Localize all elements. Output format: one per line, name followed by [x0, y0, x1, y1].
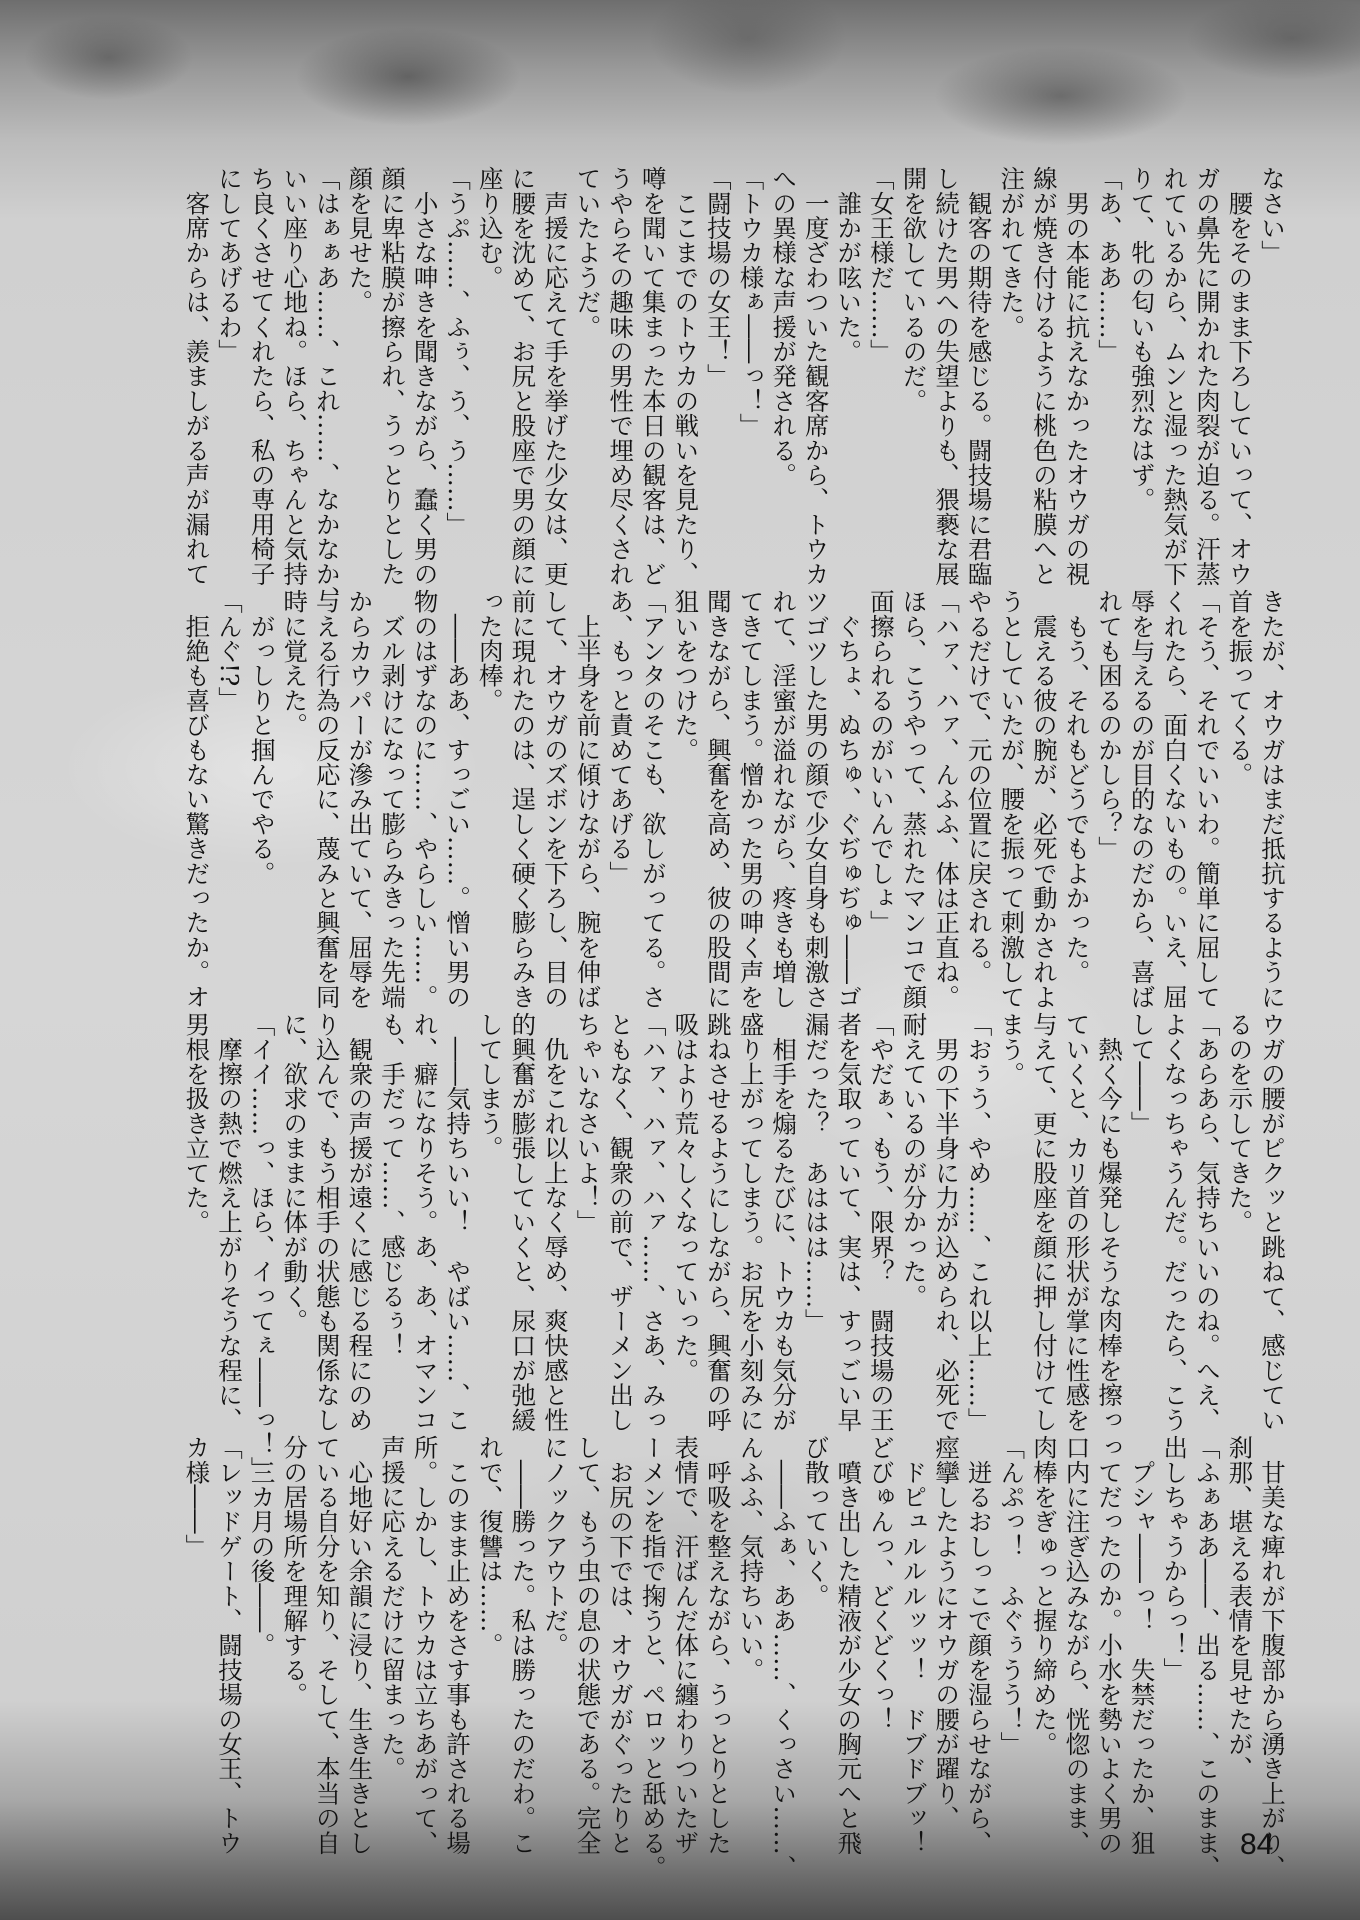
text-line: 漏だった？ あははは……」 [799, 1012, 832, 1412]
text-line: カ様――」 [180, 1435, 213, 1835]
text-line: もう、それもどうでもよかった。 [1060, 589, 1093, 989]
text-line: ちゃいなさいよ！」 [571, 1012, 604, 1412]
text-line: 跳ねさせるようにしながら、興奮の呼 [701, 1012, 734, 1412]
text-line: 声援に応えて手を挙げた少女は、更 [538, 166, 571, 566]
text-line: 与える行為の反応に、蔑みと興奮を同 [310, 589, 343, 989]
text-line: れで、復讐は……。 [473, 1435, 506, 1835]
text-line: 吸はより荒々しくなっていった。 [669, 1012, 702, 1412]
text-line: うやらその趣味の男性で埋め尽くされ [604, 166, 637, 566]
text-line: 「トウカ様ぁ――っ！」 [734, 166, 767, 566]
text-line: 観衆の声援が遠くに感じる程にのめ [343, 1012, 376, 1412]
text-line: り込んで、もう相手の状態も関係なし [310, 1012, 343, 1412]
text-line: 熱く今にも爆発しそうな肉棒を擦っ [1092, 1012, 1125, 1412]
text-line: 時に覚えた。 [278, 589, 311, 989]
text-line: 「レッドゲート、闘技場の女王、トウ [212, 1435, 245, 1835]
text-line: 「女王様だ……」 [864, 166, 897, 566]
text-line: 顔を見せた。 [343, 166, 376, 566]
text-line: 口内に注ぎ込みながら、恍惚のまま、 [1060, 1435, 1093, 1835]
text-line: 仇をこれ以上なく辱め、爽快感と性 [538, 1012, 571, 1412]
text-line: 客席からは、羨ましがる声が漏れて [180, 166, 213, 566]
text-line: 拒絶も喜びもない驚きだったか。オ [180, 589, 213, 989]
text-line: に、欲求のままに体が動く。 [278, 1012, 311, 1412]
text-line: ――ああ、すっごい……。憎い男の [441, 589, 474, 989]
text-tier-2: きたが、オウガはまだ抵抗するように首を振ってくる。「そう、それでいいわ。簡単に屈… [178, 589, 1288, 989]
text-line: び散っていく。 [799, 1435, 832, 1835]
text-line: 甘美な痺れが下腹部から湧き上がり、 [1255, 1435, 1288, 1835]
text-line: れて、淫蜜が溢れながら、疼きも増し [767, 589, 800, 989]
text-line: 表情で、汗ばんだ体に纏わりついたザ [669, 1435, 702, 1835]
text-line: して、オウガのズボンを下ろし、目の [538, 589, 571, 989]
text-line: 狙いをつけた。 [669, 589, 702, 989]
text-line: 「アンタのそこも、欲しがってる。さ [636, 589, 669, 989]
text-line: よくなっちゃうんだ。だったら、こう [1158, 1012, 1191, 1412]
text-line: れ、癖になりそう。あ、あ、オマンコ [408, 1012, 441, 1412]
text-line: れても困るのかしら？」 [1092, 589, 1125, 989]
text-line: して――」 [1125, 1012, 1158, 1412]
text-line: 誰かが呟いた。 [832, 166, 865, 566]
text-line: 「あらあら、気持ちいいのね。へえ、 [1190, 1012, 1223, 1412]
text-line: 盛り上がってしまう。お尻を小刻みに [734, 1012, 767, 1412]
text-line: くれたら、面白くないもの。いえ、屈 [1158, 589, 1191, 989]
book-page: なさい」 腰をそのまま下ろしていって、オウガの鼻先に開かれた肉裂が迫る。汗蒸れて… [0, 0, 1360, 1920]
text-line: 注がれてきた。 [995, 166, 1028, 566]
text-line: にしてあげるわ」 [212, 166, 245, 566]
text-line: 出しちゃうからっ！」 [1158, 1435, 1191, 1835]
text-line: ガの鼻先に開かれた肉裂が迫る。汗蒸 [1190, 166, 1223, 566]
text-line: 腰をそのまま下ろしていって、オウ [1223, 166, 1256, 566]
text-line: 所。しかし、トウカは立ちあがって、 [408, 1435, 441, 1835]
text-line: ていくと、カリ首の形状が掌に性感を [1060, 1012, 1093, 1412]
text-line: 男根を扱き立てた。 [180, 1012, 213, 1412]
text-line: ズル剥けになって膨らみきった先端 [375, 589, 408, 989]
text-line: 前に現れたのは、逞しく硬く膨らみき [506, 589, 539, 989]
text-line: 座り込む。 [473, 166, 506, 566]
text-line: して、もう虫の息の状態である。完全 [571, 1435, 604, 1835]
text-line: ってだったのか。小水を勢いよく男の [1092, 1435, 1125, 1835]
text-line: ともなく、観衆の前で、ザーメン出し [604, 1012, 637, 1412]
text-line: りて、牝の匂いも強烈なはず。 [1125, 166, 1158, 566]
text-line: 痙攣したようにオウガの腰が躍り、 [929, 1435, 962, 1835]
text-line: 耐えているのが分かった。 [897, 1012, 930, 1412]
text-tier-1: なさい」 腰をそのまま下ろしていって、オウガの鼻先に開かれた肉裂が迫る。汗蒸れて… [178, 166, 1288, 566]
text-line: 迸るおしっこで顔を湿らせながら、 [962, 1435, 995, 1835]
text-line: 噂を聞いて集まった本日の観客は、ど [636, 166, 669, 566]
text-line: 「んぷっ！ ふぐぅうう！」 [995, 1435, 1028, 1835]
text-line: も、手だって……、感じるぅ！ [375, 1012, 408, 1412]
text-line: うとしていたが、腰を振って刺激して [995, 589, 1028, 989]
text-line: ――気持ちいい！ やばい……、こ [441, 1012, 474, 1412]
text-line: 分の居場所を理解する。 [278, 1435, 311, 1835]
text-line: 刹那、堪える表情を見せたが、 [1223, 1435, 1256, 1835]
text-line: 「うぷ……、ふぅ、う、う……」 [441, 166, 474, 566]
text-line: ち良くさせてくれたら、私の専用椅子 [245, 166, 278, 566]
text-line: ていたようだ。 [571, 166, 604, 566]
text-line: 小さな呻きを聞きながら、蠢く男の [408, 166, 441, 566]
text-line: ここまでのトウカの戦いを見たり、 [669, 166, 702, 566]
text-line: プシャ――っ！ 失禁だったか、狙 [1125, 1435, 1158, 1835]
text-line: 「やだぁ、もう、限界？ 闘技場の王 [864, 1012, 897, 1412]
text-line: 聞きながら、興奮を高め、彼の股間に [701, 589, 734, 989]
text-line: 一度ざわついた観客席から、トウカ [799, 166, 832, 566]
text-line: 観客の期待を感じる。闘技場に君臨 [962, 166, 995, 566]
text-line: ――勝った。私は勝ったのだわ。こ [506, 1435, 539, 1835]
text-line: 摩擦の熱で燃え上がりそうな程に、 [212, 1012, 245, 1412]
text-line: 辱を与えるのが目的なのだから、喜ば [1125, 589, 1158, 989]
text-line: からカウパーが滲み出ていて、屈辱を [343, 589, 376, 989]
text-line: 心地好い余韻に浸り、生き生きとし [343, 1435, 376, 1835]
text-line: るのを示してきた。 [1223, 1012, 1256, 1412]
text-line: ている自分を知り、そして、本当の自 [310, 1435, 343, 1835]
text-line: 「んぐ!?」 [212, 589, 245, 989]
text-line: し続けた男への失望よりも、猥褻な展 [929, 166, 962, 566]
text-line: ウガの腰がピクッと跳ねて、感じてい [1255, 1012, 1288, 1412]
text-line: 声援に応えるだけに留まった。 [375, 1435, 408, 1835]
text-line: ――ふぁ、ああ……、くっさい……、 [767, 1435, 800, 1835]
text-line: 開を欲しているのだ。 [897, 166, 930, 566]
text-line: 「闘技場の女王！」 [701, 166, 734, 566]
text-line: やるだけで、元の位置に戻される。 [962, 589, 995, 989]
text-line: きたが、オウガはまだ抵抗するように [1255, 589, 1288, 989]
text-line: 相手を煽るたびに、トウカも気分が [767, 1012, 800, 1412]
text-line: 「ハァ、ハァ、んふふ、体は正直ね。 [929, 589, 962, 989]
text-line: 三カ月の後――。 [245, 1435, 278, 1835]
text-line: どびゅんっ、どくどくっ！ [864, 1435, 897, 1835]
text-tier-3: ウガの腰がピクッと跳ねて、感じているのを示してきた。「あらあら、気持ちいいのね。… [178, 1012, 1288, 1412]
text-line: にノックアウトだ。 [538, 1435, 571, 1835]
text-line: 首を振ってくる。 [1223, 589, 1256, 989]
text-line: ーメンを指で掬うと、ペロッと舐める。 [636, 1435, 669, 1835]
text-line: 「ハァ、ハァ、ハァ……、さあ、みっ [636, 1012, 669, 1412]
text-line: いい座り心地ね。ほら、ちゃんと気持 [278, 166, 311, 566]
text-line: れているから、ムンと湿った熱気が下 [1158, 166, 1191, 566]
text-line: 「イイ……っ、ほら、イってぇ――っ！」 [245, 1012, 278, 1412]
text-line: ほら、こうやって、蒸れたマンコで顔 [897, 589, 930, 989]
text-line: 肉棒をぎゅっと握り締めた。 [1027, 1435, 1060, 1835]
text-line: なさい」 [1255, 166, 1288, 566]
text-line: 男の下半身に力が込められ、必死で [929, 1012, 962, 1412]
page-number: 84 [1240, 1828, 1273, 1862]
text-line: 「はぁぁあ……、これ……、なかなか、 [310, 166, 343, 566]
text-line: このまま止めをさす事も許される場 [441, 1435, 474, 1835]
text-line: 与えて、更に股座を顔に押し付けてし [1027, 1012, 1060, 1412]
text-line: お尻の下では、オウガがぐったりと [604, 1435, 637, 1835]
text-line: への異様な声援が発される。 [767, 166, 800, 566]
text-line: ぐちょ、ぬちゅ、ぐぢゅぢゅ――ゴ [832, 589, 865, 989]
text-line: 物のはずなのに……、やらしい……。 [408, 589, 441, 989]
text-line: 線が焼き付けるように桃色の粘膜へと [1027, 166, 1060, 566]
text-line: てきてしまう。憎かった男の呻く声を [734, 589, 767, 989]
text-line: 「ふぁああ――、出る……、このまま、 [1190, 1435, 1223, 1835]
text-line: に腰を沈めて、お尻と股座で男の顔に [506, 166, 539, 566]
text-line: 的興奮が膨張していくと、尿口が弛緩 [506, 1012, 539, 1412]
text-line: 震える彼の腕が、必死で動かされよ [1027, 589, 1060, 989]
text-line: がっしりと掴んでやる。 [245, 589, 278, 989]
text-line: んふふ、気持ちいい。 [734, 1435, 767, 1835]
text-line: 呼吸を整えながら、うっとりとした [701, 1435, 734, 1835]
text-line: ツゴツした男の顔で少女自身も刺激さ [799, 589, 832, 989]
text-line: まう。 [995, 1012, 1028, 1412]
text-line: してしまう。 [473, 1012, 506, 1412]
text-line: 面擦られるのがいいんでしょ」 [864, 589, 897, 989]
text-line: 男の本能に抗えなかったオウガの視 [1060, 166, 1093, 566]
text-line: 者を気取っていて、実は、すっごい早 [832, 1012, 865, 1412]
text-tier-4: 甘美な痺れが下腹部から湧き上がり、刹那、堪える表情を見せたが、「ふぁああ――、出… [178, 1435, 1288, 1835]
text-line: った肉棒。 [473, 589, 506, 989]
text-line: 噴き出した精液が少女の胸元へと飛 [832, 1435, 865, 1835]
text-line: ドピュルルルッッ！ ドブドブッ！ [897, 1435, 930, 1835]
text-line: 「あ、ああ……」 [1092, 166, 1125, 566]
text-line: 上半身を前に傾けながら、腕を伸ば [571, 589, 604, 989]
text-line: 「おぅう、やめ……、これ以上……」 [962, 1012, 995, 1412]
text-line: 顔に卑粘膜が擦られ、うっとりとした [375, 166, 408, 566]
text-line: あ、もっと責めてあげる」 [604, 589, 637, 989]
text-line: 「そう、それでいいわ。簡単に屈して [1190, 589, 1223, 989]
